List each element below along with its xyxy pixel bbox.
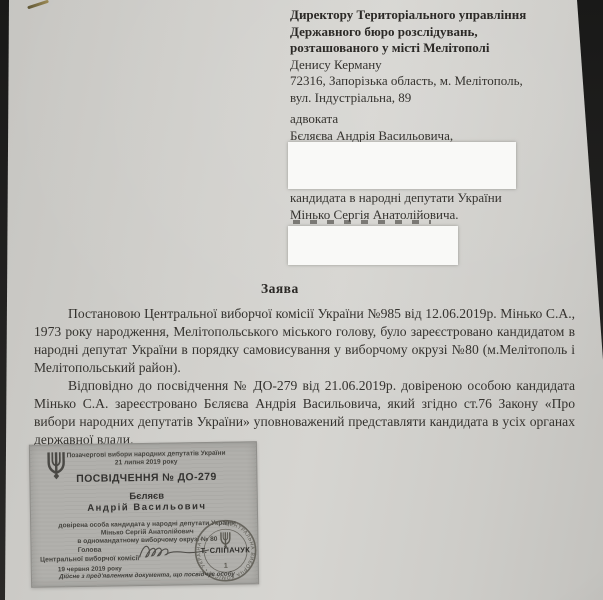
candidate-block: кандидата в народні депутати України Мін… bbox=[290, 190, 542, 223]
certificate-signer-block: Голова Центральної виборчої комісії 19 ч… bbox=[37, 545, 141, 575]
recipient-line: Денису Керману bbox=[290, 57, 542, 74]
covered-text-remnant bbox=[293, 220, 431, 224]
recipient-block: Директору Територіального управління Дер… bbox=[290, 7, 542, 106]
candidate-line: кандидата в народні депутати України bbox=[290, 190, 542, 207]
body-paragraph: Постановою Центральної виборчої комісії … bbox=[34, 305, 575, 377]
photo-background: Директору Територіального управління Дер… bbox=[0, 0, 603, 600]
recipient-line: вул. Індустріальна, 89 bbox=[290, 90, 542, 107]
redaction-box-2 bbox=[288, 226, 458, 265]
redaction-box-1 bbox=[288, 142, 516, 189]
recipient-line: розташованого у місті Мелітополі bbox=[290, 40, 542, 57]
certificate-holder-name: Андрій Васильович bbox=[47, 501, 247, 515]
recipient-line: 72316, Запорізька область, м. Мелітополь… bbox=[290, 73, 542, 90]
certificate-title: ПОСВІДЧЕННЯ № ДО-279 bbox=[46, 471, 246, 486]
signer-title-line: Центральної виборчої комісії bbox=[38, 554, 142, 565]
stamp-number: 1 bbox=[224, 563, 228, 570]
document-title: Заява bbox=[261, 281, 299, 297]
attorney-block: адвоката Бєляєва Андрія Васильовича, bbox=[290, 111, 542, 144]
recipient-line: Директору Територіального управління bbox=[290, 7, 542, 24]
certificate-image: Позачергові вибори народних депутатів Ук… bbox=[29, 441, 259, 588]
document-body: Постановою Центральної виборчої комісії … bbox=[34, 305, 575, 449]
signer-name: Т. СЛІПАЧУК bbox=[201, 545, 251, 555]
document-page: Директору Територіального управління Дер… bbox=[0, 0, 603, 600]
pen-mark bbox=[27, 0, 49, 9]
body-paragraph: Відповідно до посвідчення № ДО-279 від 2… bbox=[34, 377, 575, 449]
recipient-line: Державного бюро розслідувань, bbox=[290, 24, 542, 41]
attorney-line: адвоката bbox=[290, 111, 542, 128]
